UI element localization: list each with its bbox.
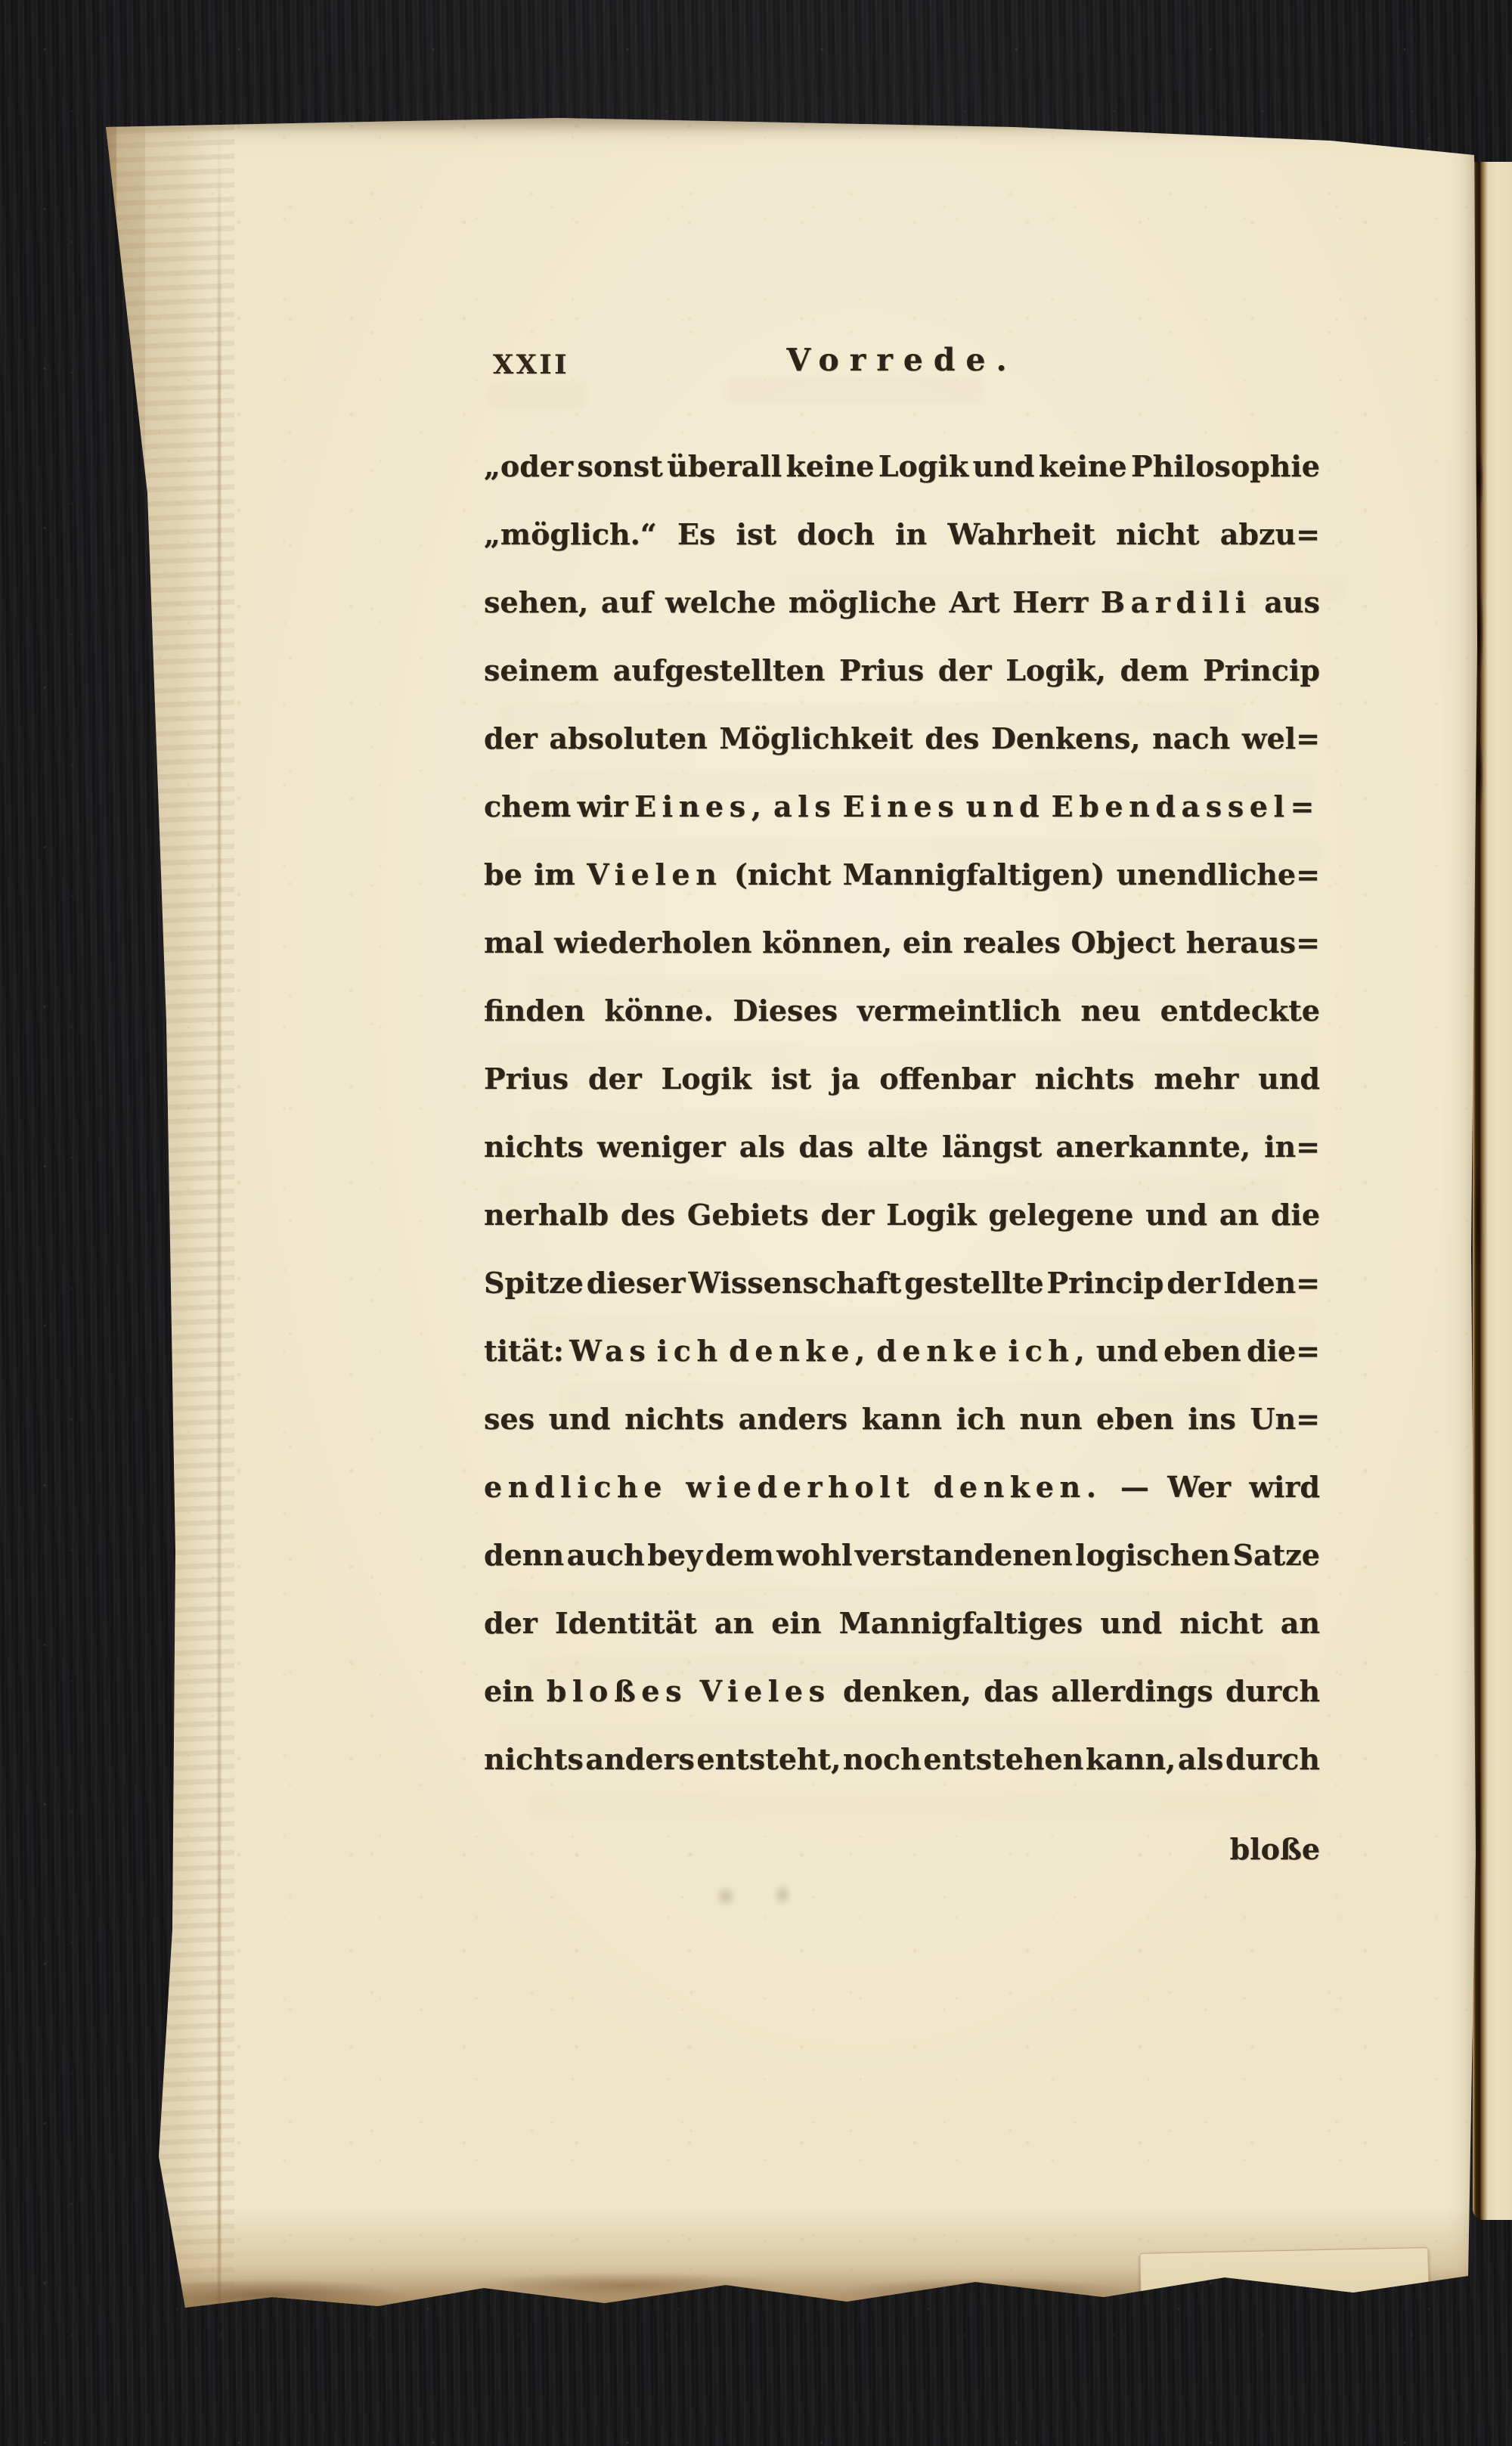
text-line: dennauchbeydemwohlverstandenenlogischenS… — [484, 1521, 1320, 1589]
bleedthrough-artifact — [528, 1316, 1316, 1343]
bleedthrough-artifact — [498, 1724, 1210, 1751]
word: Es — [677, 520, 715, 549]
repair-patch — [1139, 2247, 1429, 2305]
word: dieser — [587, 1269, 686, 1297]
word: seinem — [484, 656, 599, 685]
book-page: XXII Vorrede. „odersonstüberallkeineLogi… — [106, 115, 1479, 2320]
word: endliche — [484, 1473, 668, 1502]
page-fold-crease — [218, 115, 221, 2320]
word: sehen, — [484, 588, 588, 617]
bleedthrough-artifact — [725, 377, 984, 404]
word: wel= — [1242, 724, 1320, 753]
text-line: seinemaufgestelltenPriusderLogik,demPrin… — [484, 637, 1320, 705]
word: ist — [736, 520, 776, 549]
text-line: „odersonstüberallkeineLogikundkeinePhilo… — [484, 432, 1320, 501]
word: wiederholen — [554, 928, 751, 957]
word: Spitze — [484, 1269, 584, 1297]
word: verstandenen — [855, 1541, 1073, 1570]
word: welche — [665, 588, 776, 617]
word: ein — [903, 928, 953, 957]
word: Iden= — [1223, 1269, 1320, 1297]
word: denken. — [934, 1473, 1102, 1502]
bleedthrough-artifact — [528, 1111, 1316, 1139]
adjacent-page-edge — [1473, 162, 1512, 2220]
word: ein — [484, 1677, 534, 1706]
word: und — [973, 452, 1035, 481]
word: „oder — [484, 452, 573, 481]
word: wird — [1249, 1473, 1320, 1502]
word: nicht — [1116, 520, 1199, 549]
word: doch — [797, 520, 875, 549]
bleedthrough-artifact — [498, 703, 1241, 730]
scan-background: XXII Vorrede. „odersonstüberallkeineLogi… — [0, 0, 1512, 2446]
word: Wahrheit — [947, 520, 1095, 549]
running-title: Vorrede. — [484, 342, 1320, 378]
catchword: bloße — [484, 1815, 1320, 1883]
text-line: malwiederholenkönnen,einrealesObjecthera… — [484, 909, 1320, 977]
bleedthrough-artifact — [528, 1792, 1316, 1819]
word: sonst — [577, 452, 662, 481]
word: durch — [1225, 1745, 1320, 1774]
word: ses — [484, 1405, 534, 1434]
word: Philosophie — [1131, 452, 1320, 481]
word: — — [1120, 1473, 1149, 1502]
word: der — [938, 656, 992, 685]
word: Satze — [1233, 1541, 1320, 1570]
word: aufgestellten — [613, 656, 826, 685]
word: Princip — [1047, 1269, 1164, 1297]
bleedthrough-artifact — [785, 575, 1346, 602]
word: in — [895, 520, 927, 549]
bleedthrough-artifact — [498, 1043, 1316, 1071]
word: heraus= — [1186, 928, 1320, 957]
word: keine — [786, 452, 875, 481]
bleedthrough-artifact — [559, 1384, 1241, 1411]
word: keine — [1039, 452, 1127, 481]
word: logischen — [1075, 1541, 1230, 1570]
word: der — [1167, 1269, 1220, 1297]
text-line: endlichewiederholtdenken.—Werwird — [484, 1453, 1320, 1521]
word: Un= — [1250, 1405, 1320, 1434]
word: wiederholt — [686, 1473, 915, 1502]
word: Prius — [839, 656, 924, 685]
word: wohl — [776, 1541, 852, 1570]
text-line: SpitzedieserWissenschaftgestelltePrincip… — [484, 1249, 1320, 1317]
text-line: „möglich.“EsistdochinWahrheitnichtabzu= — [484, 501, 1320, 569]
bleedthrough-artifact — [498, 1588, 1316, 1615]
bleedthrough-artifact — [528, 1656, 1286, 1683]
word: können, — [762, 928, 892, 957]
bleedthrough-artifact — [528, 975, 1210, 1003]
word: Logik — [878, 452, 968, 481]
word: auch — [567, 1541, 645, 1570]
signature-mark-artifact — [703, 1877, 816, 1916]
word: reales — [963, 928, 1061, 957]
word: auf — [601, 588, 653, 617]
word: dem — [705, 1541, 774, 1570]
word: „möglich.“ — [484, 520, 657, 549]
word: Wer — [1167, 1473, 1231, 1502]
word: Princip — [1203, 656, 1320, 685]
page-left-worn-edge — [106, 115, 234, 2320]
word: Logik, — [1005, 656, 1106, 685]
word: bey — [647, 1541, 702, 1570]
bleedthrough-artifact — [498, 1180, 1286, 1207]
word: gestellte — [904, 1269, 1043, 1297]
bleedthrough-artifact — [498, 839, 1324, 866]
word: dem — [1120, 656, 1189, 685]
word: Wissenschaft — [688, 1269, 901, 1297]
bleedthrough-artifact — [528, 771, 1316, 798]
word: überall — [667, 452, 782, 481]
word: denn — [484, 1541, 564, 1570]
word: Object — [1071, 928, 1176, 957]
word: mal — [484, 928, 544, 957]
bleedthrough-artifact — [487, 381, 587, 408]
word: abzu= — [1220, 520, 1320, 549]
